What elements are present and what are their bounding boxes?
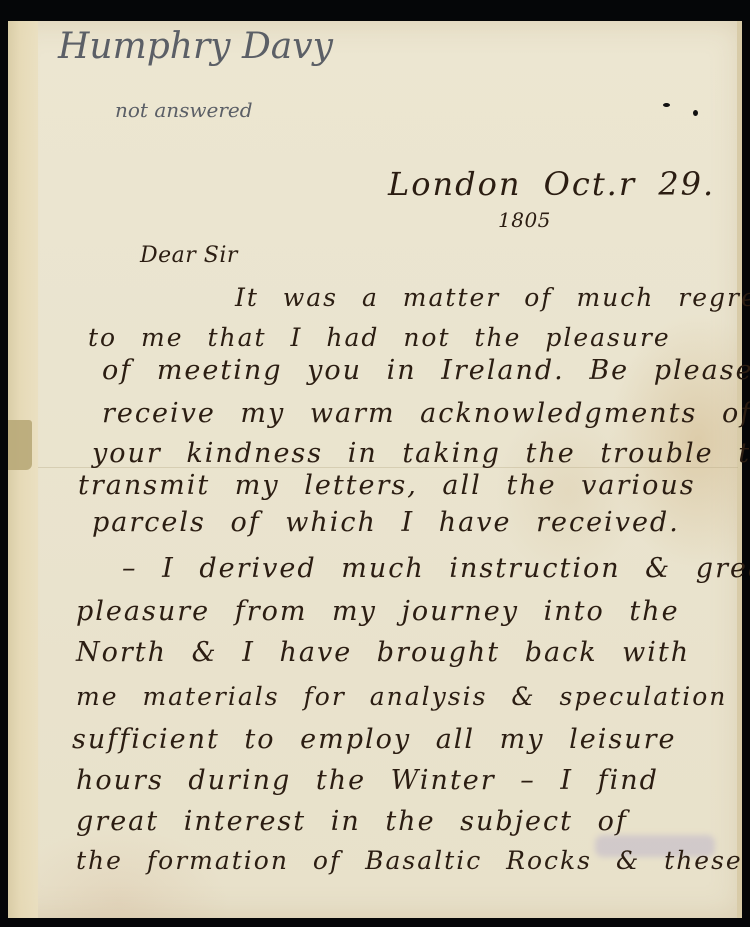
body-line: me materials for analysis & speculation xyxy=(76,682,727,711)
body-line: North & I have brought back with xyxy=(76,637,690,668)
body-line: transmit my letters, all the various xyxy=(78,470,696,501)
body-line: hours during the Winter – I find xyxy=(76,765,659,796)
scan-background: Humphry Davy not answered London Oct.r 2… xyxy=(0,0,750,927)
dateline-year: 1805 xyxy=(498,208,551,232)
body-line: the formation of Basaltic Rocks & these xyxy=(76,846,743,875)
ink-spot xyxy=(663,103,670,107)
body-line: sufficient to employ all my leisure xyxy=(72,724,676,755)
body-line: parcels of which I have received. xyxy=(92,507,680,538)
dateline-place-date: London Oct.r 29. xyxy=(388,165,715,203)
body-line: It was a matter of much regret xyxy=(235,283,750,312)
body-line: receive my warm acknowledgments of xyxy=(102,398,750,429)
ink-spot xyxy=(693,110,698,116)
salutation: Dear Sir xyxy=(140,243,238,268)
paper-right-edge xyxy=(737,21,742,918)
body-line: of meeting you in Ireland. Be pleased to xyxy=(102,355,750,386)
author-annotation: Humphry Davy xyxy=(58,26,333,67)
torn-edge-stain xyxy=(8,420,32,470)
body-line: pleasure from my journey into the xyxy=(76,596,680,627)
body-line: to me that I had not the pleasure xyxy=(88,323,671,352)
body-line: – I derived much instruction & great xyxy=(122,553,750,584)
body-line: your kindness in taking the trouble to xyxy=(92,438,750,469)
status-annotation: not answered xyxy=(115,98,253,122)
body-line: great interest in the subject of xyxy=(76,806,628,837)
